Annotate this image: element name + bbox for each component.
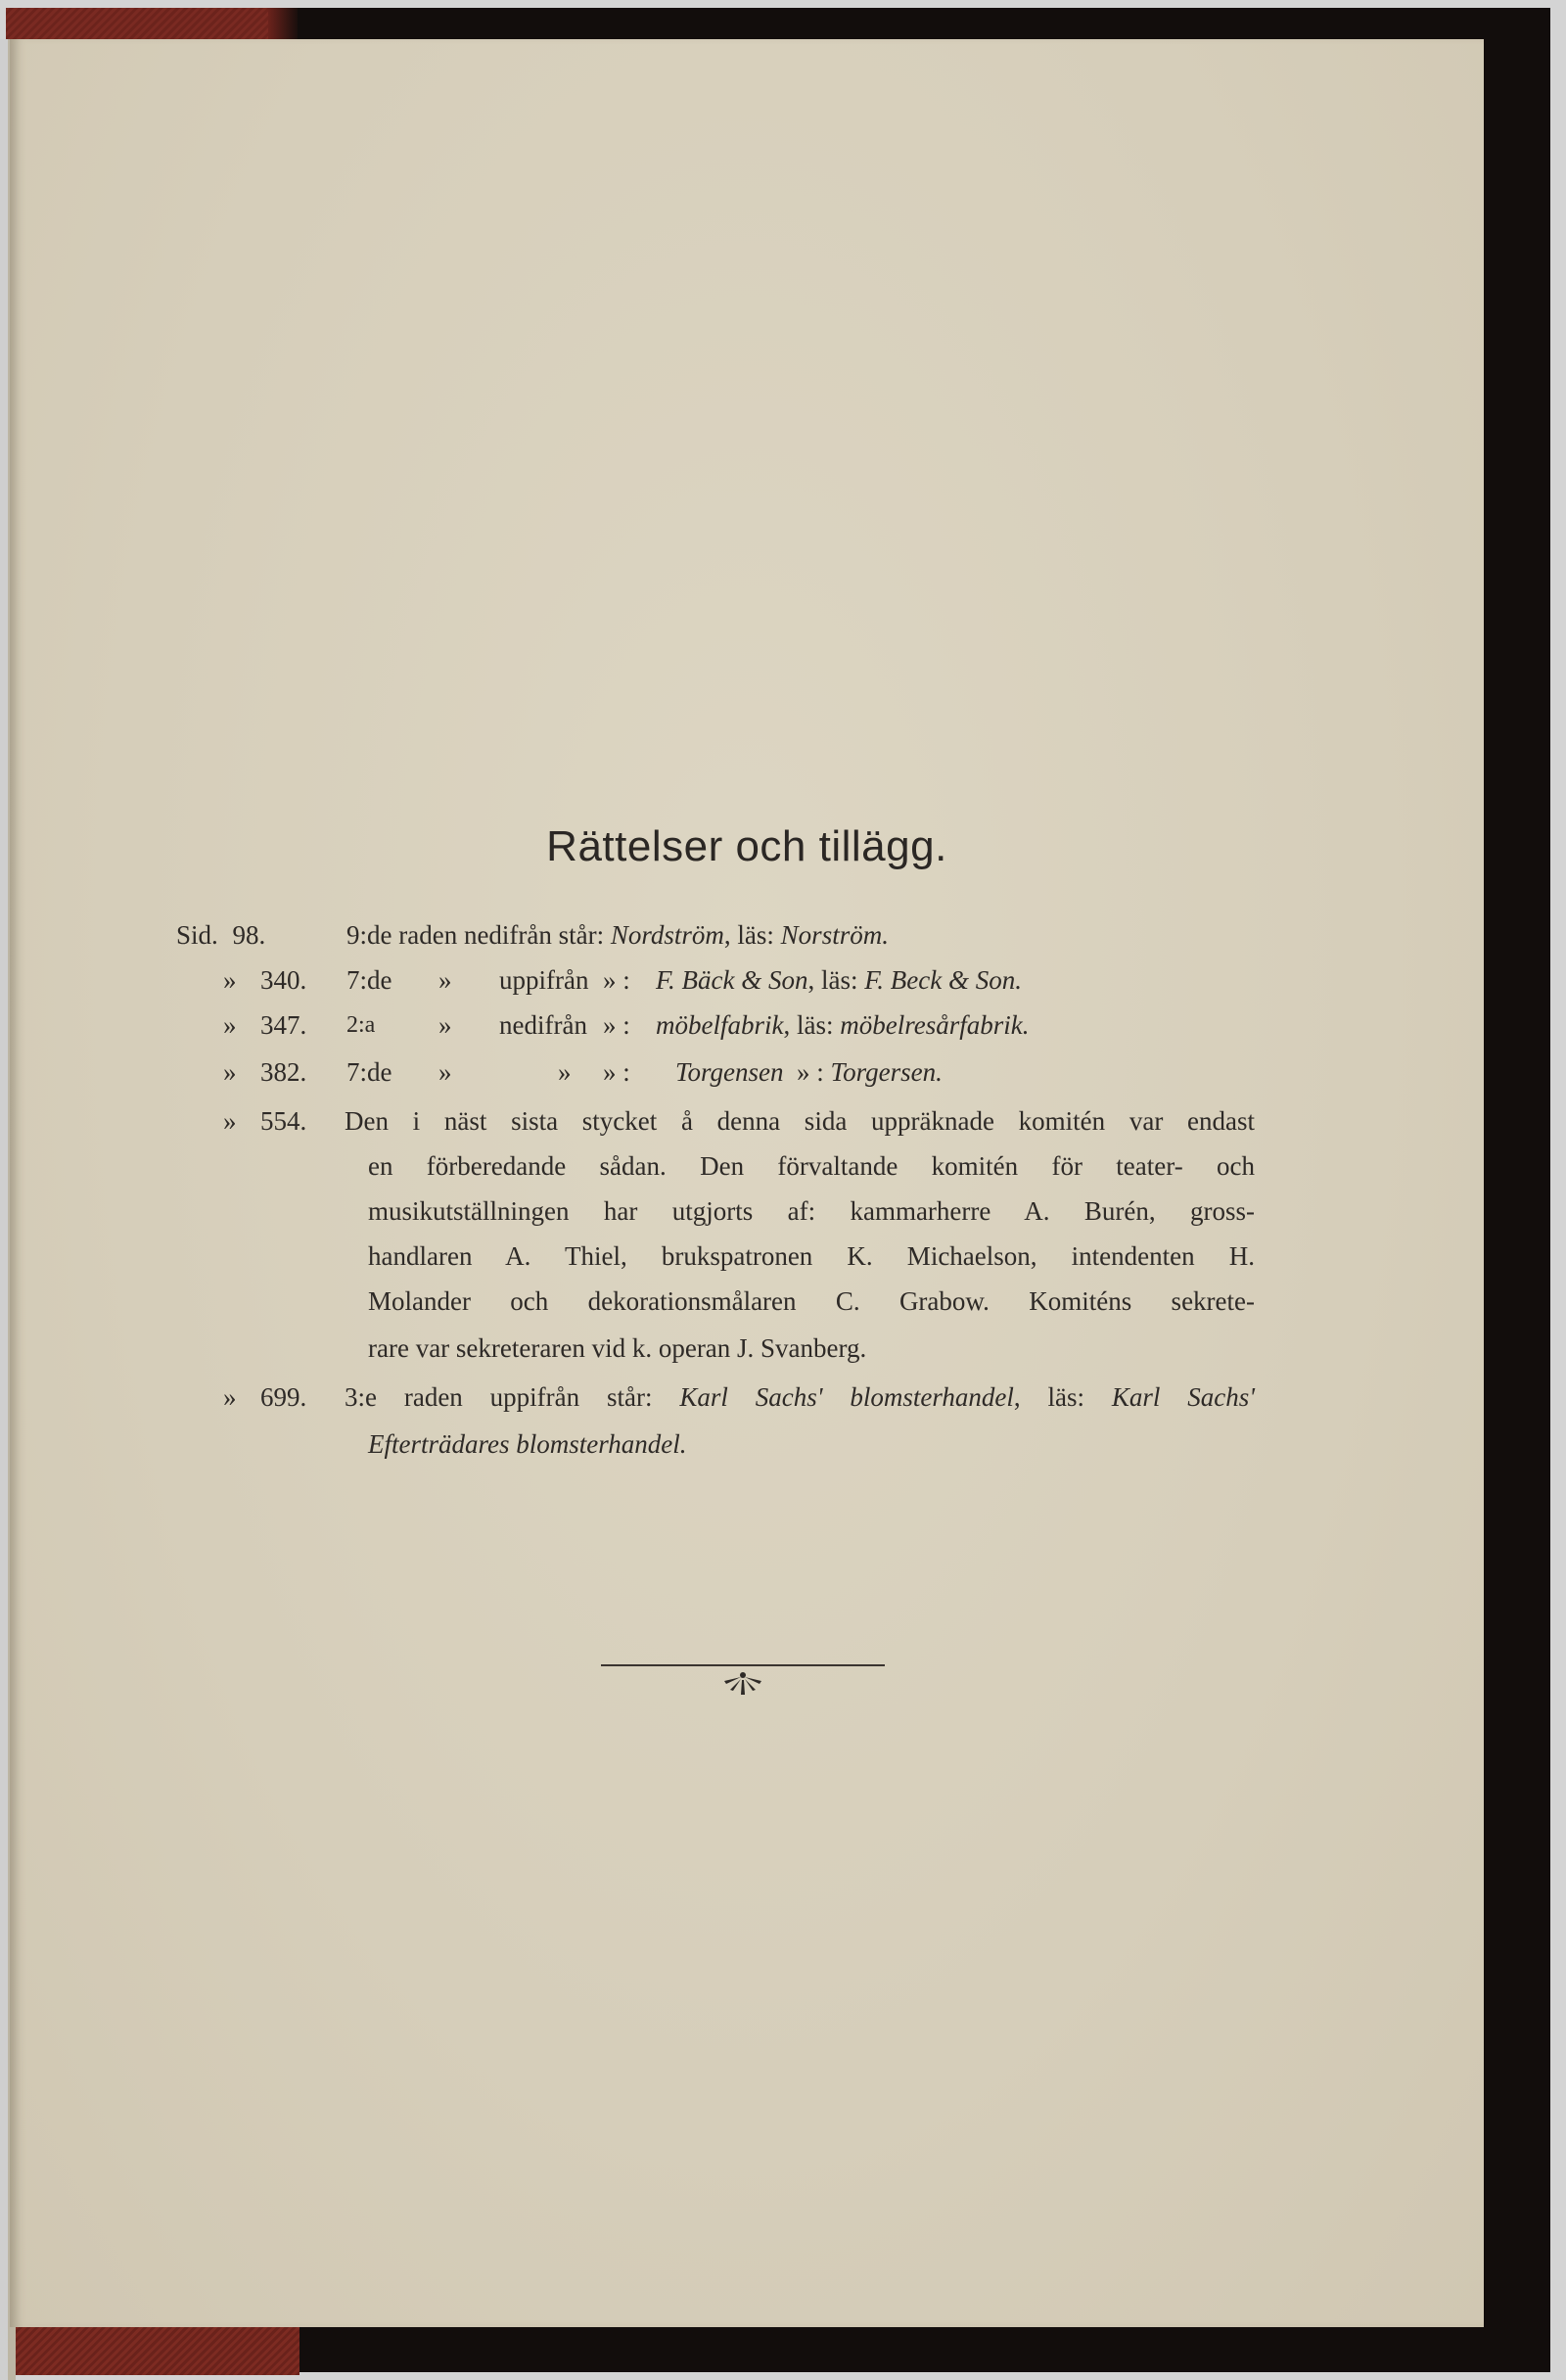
errata-continuation: Efterträdares blomsterhandel. (368, 1429, 687, 1460)
rule-divider (601, 1664, 885, 1666)
ref-prefix: » (223, 1382, 237, 1413)
errata-text: 9:de raden nedifrån står: Nordström, läs… (346, 920, 889, 951)
ditto-mark: » (438, 1010, 452, 1041)
ordinal: 7:de (346, 1057, 392, 1088)
ordinal: 2:a (346, 1012, 375, 1039)
errata-text: F. Bäck & Son, läs: F. Beck & Son. (656, 965, 1022, 996)
page-number: 554. (260, 1106, 306, 1137)
book-page: Rättelser och tillägg. Sid. 98. 9:de rad… (10, 39, 1484, 2327)
page-number: 347. (260, 1010, 306, 1041)
errata-text: Torgensen » : Torgersen. (675, 1057, 943, 1088)
errata-entry: Sid. 98. (176, 920, 265, 951)
paragraph-line: Den i näst sista stycket å denna sida up… (345, 1106, 1255, 1137)
ref-prefix: Sid. (176, 920, 218, 950)
direction: nedifrån (499, 1010, 587, 1041)
ref-prefix: » (223, 965, 237, 996)
paragraph-line: rare var sekreteraren vid k. operan J. S… (368, 1333, 866, 1364)
errata-list: Sid. 98. 9:de raden nedifrån står: Nords… (10, 39, 1484, 2327)
cover-cloth-top (6, 8, 268, 41)
ditto-mark: » (558, 1057, 572, 1088)
paragraph-line: Molander och dekorationsmålaren C. Grabo… (368, 1286, 1255, 1317)
ditto-mark: » : (603, 1010, 630, 1041)
direction: uppifrån (499, 965, 588, 996)
errata-text: möbelfabrik, läs: möbelresårfabrik. (656, 1010, 1029, 1041)
ditto-mark: » : (603, 1057, 630, 1088)
cover-cloth-bottom (16, 2326, 299, 2375)
ref-prefix: » (223, 1106, 237, 1137)
ref-prefix: » (223, 1010, 237, 1041)
ditto-mark: » (438, 965, 452, 996)
paragraph-line: en förberedande sådan. Den förvaltande k… (368, 1151, 1255, 1182)
paragraph-line: handlaren A. Thiel, brukspatronen K. Mic… (368, 1241, 1255, 1272)
paragraph-line: musikutställningen har utgjorts af: kamm… (368, 1196, 1255, 1227)
cover-cloth-top-fade (268, 8, 298, 41)
ref-prefix: » (223, 1057, 237, 1088)
ditto-mark: » : (603, 965, 630, 996)
page-number: 98. (233, 920, 266, 950)
errata-text: 3:e raden uppifrån står: Karl Sachs' blo… (345, 1382, 1255, 1413)
page-number: 699. (260, 1382, 306, 1413)
fleuron-ornament-icon (718, 1670, 767, 1696)
ordinal: 7:de (346, 965, 392, 996)
page-number: 382. (260, 1057, 306, 1088)
page-number: 340. (260, 965, 306, 996)
ditto-mark: » (438, 1057, 452, 1088)
